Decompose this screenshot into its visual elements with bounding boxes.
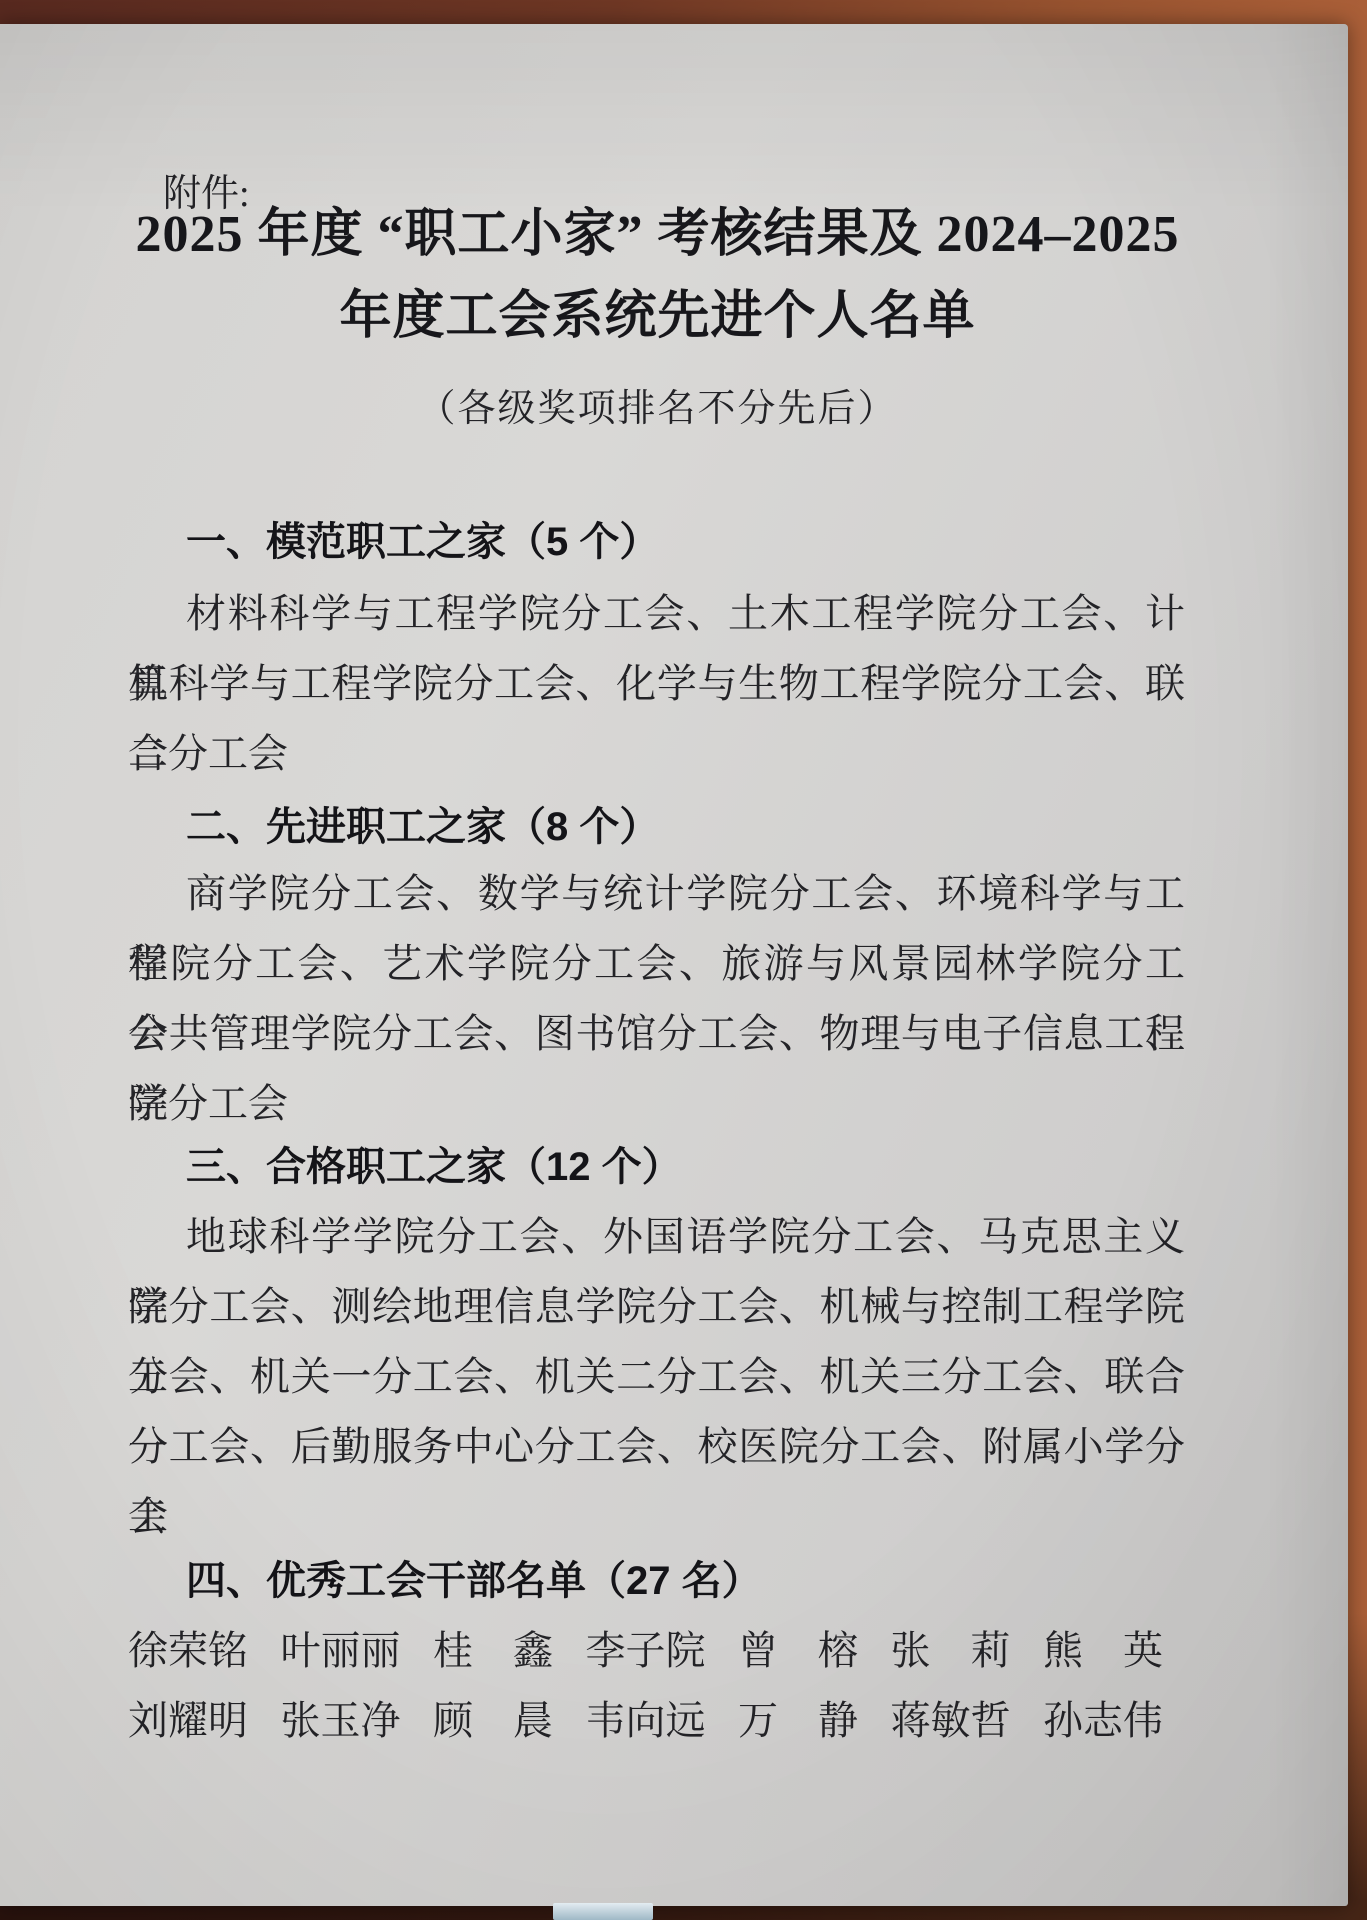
paragraph-line: 机科学与工程学院分工会、化学与生物工程学院分工会、联合 [128,649,1185,719]
paragraph-line: 工会、机关一分工会、机关二分工会、机关三分工会、联合一 [128,1342,1185,1412]
person-name: 熊 英 [1043,1616,1163,1686]
person-name: 徐荣铭 [128,1616,248,1686]
section-3-paragraph: 地球科学学院分工会、外国语学院分工会、马克思主义学 院分工会、测绘地理信息学院分… [128,1202,1185,1552]
person-name: 刘耀明 [128,1686,248,1756]
paragraph-line: 地球科学学院分工会、外国语学院分工会、马克思主义学 [128,1202,1185,1272]
section-heading-1: 一、模范职工之家（5 个） [128,507,1243,577]
paragraph-line: 二分工会 [128,719,1185,789]
person-name: 桂 鑫 [433,1616,553,1686]
person-name: 顾 晨 [433,1686,553,1756]
paragraph-line: 会 [128,1482,1185,1552]
award-name-list: 徐荣铭 叶丽丽 桂 鑫 李子院 曾 榕 张 莉 熊 英 刘耀明 张玉净 顾 晨 … [128,1616,1163,1756]
person-name: 孙志伟 [1043,1686,1163,1756]
person-name: 蒋敏哲 [891,1686,1011,1756]
paper-sheet: 附件: 2025 年度 “职工小家” 考核结果及 2024–2025 年度工会系… [0,24,1348,1906]
section-1-paragraph: 材料科学与工程学院分工会、土木工程学院分工会、计算 机科学与工程学院分工会、化学… [128,579,1185,789]
person-name: 叶丽丽 [281,1616,401,1686]
document-subtitle: （各级奖项排名不分先后） [110,374,1205,444]
name-row: 徐荣铭 叶丽丽 桂 鑫 李子院 曾 榕 张 莉 熊 英 [128,1616,1163,1686]
document-title-line-2: 年度工会系统先进个人名单 [110,276,1205,358]
paragraph-line: 商学院分工会、数学与统计学院分工会、环境科学与工程 [128,859,1185,929]
person-name: 万 静 [738,1686,858,1756]
person-name: 张玉净 [281,1686,401,1756]
table-surface-object [553,1903,653,1920]
person-name: 曾 榕 [738,1616,858,1686]
section-2-paragraph: 商学院分工会、数学与统计学院分工会、环境科学与工程 学院分工会、艺术学院分工会、… [128,859,1185,1139]
person-name: 韦向远 [586,1686,706,1756]
section-heading-4: 四、优秀工会干部名单（27 名） [128,1546,1243,1616]
paragraph-line: 院分工会 [128,1069,1185,1139]
person-name: 李子院 [586,1616,706,1686]
person-name: 张 莉 [891,1616,1011,1686]
section-heading-2: 二、先进职工之家（8 个） [128,792,1243,862]
paragraph-line: 学院分工会、艺术学院分工会、旅游与风景园林学院分工会、 [128,929,1185,999]
paragraph-line: 分工会、后勤服务中心分工会、校医院分工会、附属小学分工 [128,1412,1185,1482]
name-row: 刘耀明 张玉净 顾 晨 韦向远 万 静 蒋敏哲 孙志伟 [128,1686,1163,1756]
paragraph-line: 材料科学与工程学院分工会、土木工程学院分工会、计算 [128,579,1185,649]
document-title-line-1: 2025 年度 “职工小家” 考核结果及 2024–2025 [110,194,1205,276]
document-title: 2025 年度 “职工小家” 考核结果及 2024–2025 年度工会系统先进个… [110,194,1205,358]
section-heading-3: 三、合格职工之家（12 个） [128,1132,1243,1202]
paragraph-line: 公共管理学院分工会、图书馆分工会、物理与电子信息工程学 [128,999,1185,1069]
paragraph-line: 院分工会、测绘地理信息学院分工会、机械与控制工程学院分 [128,1272,1185,1342]
